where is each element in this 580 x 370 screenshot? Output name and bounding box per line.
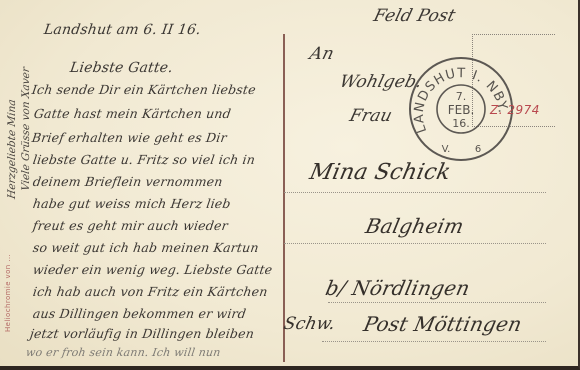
margin-note-line: Herzgeliebte Mina <box>6 99 18 200</box>
address-line-2 <box>284 243 546 244</box>
publisher-imprint: Heliochromie von ... <box>4 254 12 332</box>
address-honorific-frau: Frau <box>348 106 395 126</box>
message-salutation: Liebste Gatte. <box>69 60 174 76</box>
censor-code: Z. 2974 <box>490 103 540 117</box>
address-prefix: An <box>308 44 337 64</box>
recipient-place: Balgheim <box>363 214 466 238</box>
center-divider <box>283 34 285 362</box>
message-line: freut es geht mir auch wieder <box>32 218 229 233</box>
postmark-bottom-right: 6 <box>475 144 481 155</box>
margin-note-line: Viele Grüsse von Xaver <box>20 66 32 191</box>
address-line-1 <box>284 192 546 193</box>
message-line: deinem Brieflein vernommen <box>32 174 224 189</box>
message-line: ich hab auch von Fritz ein Kärtchen <box>32 284 269 299</box>
recipient-region: Schw. <box>282 314 337 334</box>
message-line: so weit gut ich hab meinen Kartun <box>32 240 260 255</box>
address-line-3 <box>328 302 546 303</box>
feldpost-label: Feld Post <box>372 6 458 26</box>
message-line: liebste Gatte u. Fritz so viel ich in <box>32 152 256 167</box>
message-line: wieder ein wenig weg. Liebste Gatte <box>32 262 274 277</box>
message-line: wo er froh sein kann. Ich will nun <box>25 346 221 359</box>
postmark-day: 7. <box>456 90 467 103</box>
message-line: aus Dillingen bekommen er wird <box>32 306 247 321</box>
postcard: Heliochromie von ... Herzgeliebte Mina V… <box>0 0 580 370</box>
recipient-name: Mina Schick <box>307 160 453 185</box>
postmark-year: 16. <box>452 117 470 130</box>
postmark-bottom-left: V. <box>442 144 451 155</box>
address-line-4 <box>322 341 546 342</box>
message-line: Ich sende Dir ein Kärtchen liebste <box>31 82 257 97</box>
message-line: Brief erhalten wie geht es Dir <box>31 130 228 145</box>
postmark-month: FEB. <box>448 103 475 117</box>
message-line: habe gut weiss mich Herz lieb <box>32 196 232 211</box>
message-dateline: Landshut am 6. II 16. <box>43 22 202 38</box>
recipient-post-office: Post Möttingen <box>361 312 524 336</box>
recipient-district: b/ Nördlingen <box>323 276 472 300</box>
message-line: jetzt vorläufig in Dillingen bleiben <box>29 326 255 341</box>
message-line: Gatte hast mein Kärtchen und <box>33 106 232 121</box>
